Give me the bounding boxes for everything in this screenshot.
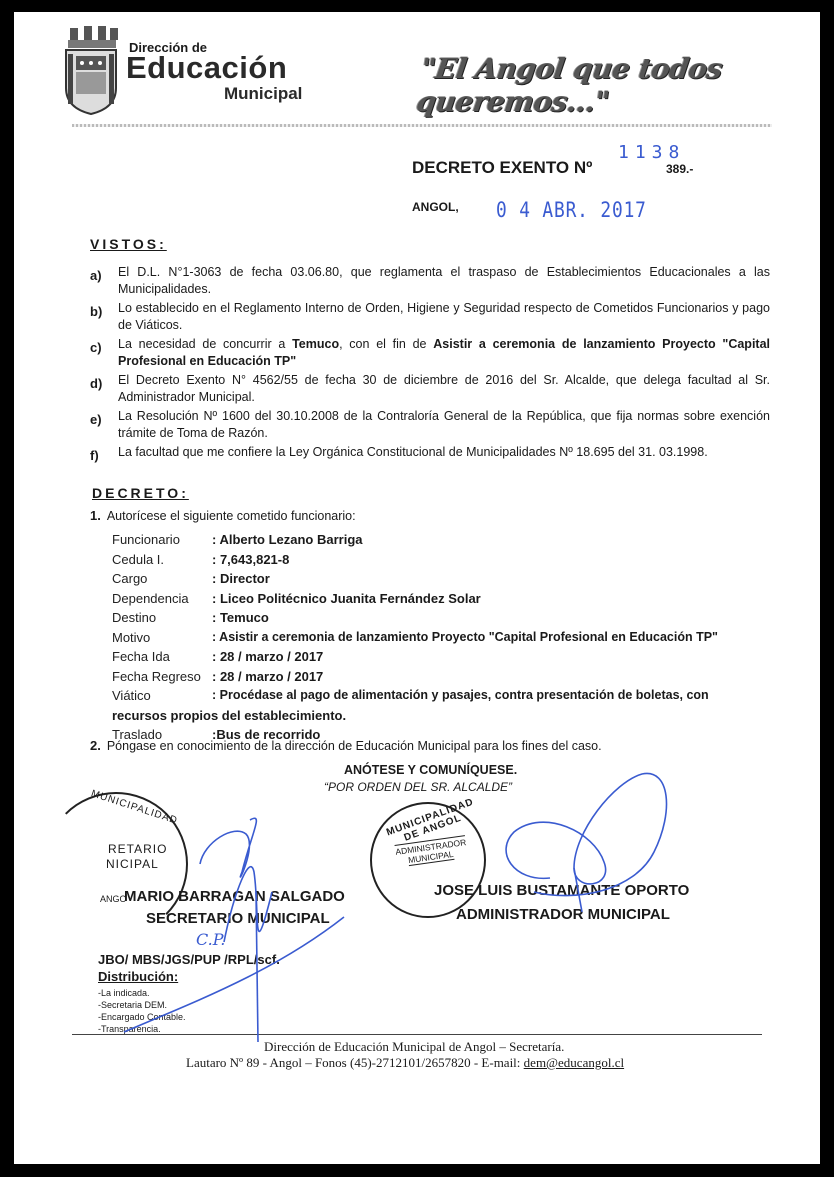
reference-initials: JBO/ MBS/JGS/PUP /RPL/scf. xyxy=(98,952,280,967)
field-row: Fecha Regreso: 28 / marzo / 2017 xyxy=(112,667,772,687)
decreto-item-2: 2.Póngase en conocimiento de la direcció… xyxy=(90,738,602,753)
field-row: Destino: Temuco xyxy=(112,608,772,628)
field-row: Viático: Procédase al pago de alimentaci… xyxy=(112,686,772,706)
decreto-item-1: 1.Autorícese el siguiente cometido funci… xyxy=(90,508,356,523)
item-marker: d) xyxy=(90,375,102,392)
vistos-heading: VISTOS: xyxy=(90,236,167,252)
item-marker: a) xyxy=(90,267,102,284)
item-text: La Resolución Nº 1600 del 30.10.2008 de … xyxy=(118,409,770,440)
vistos-item: d) El Decreto Exento N° 4562/55 de fecha… xyxy=(90,372,770,406)
decree-suffix: 389.- xyxy=(666,162,693,176)
commission-fields: Funcionario: Alberto Lezano Barriga Cedu… xyxy=(112,530,772,745)
field-row: Funcionario: Alberto Lezano Barriga xyxy=(112,530,772,550)
field-label: Fecha Ida xyxy=(112,647,212,667)
place-label: ANGOL, xyxy=(412,200,459,214)
item-text: El D.L. N°1-3063 de fecha 03.06.80, que … xyxy=(118,265,770,296)
item-text: El Decreto Exento N° 4562/55 de fecha 30… xyxy=(118,373,770,404)
decree-stamped-number: 1138 xyxy=(618,142,685,163)
distribution-item: -Encargado Contable. xyxy=(98,1011,186,1023)
footer-divider xyxy=(72,1034,762,1035)
field-row: Cargo: Director xyxy=(112,569,772,589)
slogan: "El Angol que todos queremos..." xyxy=(414,52,820,118)
vistos-item: c) La necesidad de concurrir a Temuco, c… xyxy=(90,336,770,370)
item-text: Lo establecido en el Reglamento Interno … xyxy=(118,301,770,332)
footer-address: Lautaro Nº 89 - Angol – Fonos (45)-27121… xyxy=(186,1055,524,1070)
field-label: Cedula I. xyxy=(112,550,212,570)
distribution-item: -Secretaria DEM. xyxy=(98,999,186,1011)
field-label: Dependencia xyxy=(112,589,212,609)
seal-text: ANGO xyxy=(100,894,127,904)
field-value: : Procédase al pago de alimentación y pa… xyxy=(212,686,709,706)
signatory-role: SECRETARIO MUNICIPAL xyxy=(146,910,330,927)
field-label: Destino xyxy=(112,608,212,628)
decree-title: DECRETO EXENTO Nº xyxy=(412,158,592,178)
field-value: : 28 / marzo / 2017 xyxy=(212,647,323,667)
field-label: Fecha Regreso xyxy=(112,667,212,687)
por-orden-line: “POR ORDEN DEL SR. ALCALDE” xyxy=(324,780,512,794)
field-value: : Alberto Lezano Barriga xyxy=(212,530,362,550)
item-text-bold: Temuco xyxy=(292,337,339,351)
brand-line-3: Municipal xyxy=(224,84,302,104)
field-row: Dependencia: Liceo Politécnico Juanita F… xyxy=(112,589,772,609)
field-value-continuation: recursos propios del establecimiento. xyxy=(112,706,772,726)
item-marker: e) xyxy=(90,411,102,428)
signatory-role: ADMINISTRADOR MUNICIPAL xyxy=(456,906,670,923)
field-row: Fecha Ida: 28 / marzo / 2017 xyxy=(112,647,772,667)
field-label: Funcionario xyxy=(112,530,212,550)
seal-text: RETARIO xyxy=(108,842,167,856)
vistos-item: e) La Resolución Nº 1600 del 30.10.2008 … xyxy=(90,408,770,442)
item-text: Autorícese el siguiente cometido funcion… xyxy=(107,509,356,523)
distribution-list: -La indicada. -Secretaria DEM. -Encargad… xyxy=(98,987,186,1035)
field-value: : 28 / marzo / 2017 xyxy=(212,667,323,687)
document-page: Dirección de Educación Municipal "El Ang… xyxy=(14,12,820,1164)
header-divider xyxy=(72,124,772,127)
signatory-name: MARIO BARRAGAN SALGADO xyxy=(124,888,345,905)
field-label: Cargo xyxy=(112,569,212,589)
item-marker: 1. xyxy=(90,508,101,523)
item-text: Póngase en conocimiento de la dirección … xyxy=(107,739,602,753)
field-value: : Director xyxy=(212,569,270,589)
field-label: Viático xyxy=(112,686,212,706)
item-marker: c) xyxy=(90,339,102,356)
item-text: , con el fin de xyxy=(339,337,433,351)
field-value: : 7,643,821-8 xyxy=(212,550,289,570)
vistos-item: b) Lo establecido en el Reglamento Inter… xyxy=(90,300,770,334)
item-marker: f) xyxy=(90,447,99,464)
footer-line-2: Lautaro Nº 89 - Angol – Fonos (45)-27121… xyxy=(186,1055,624,1071)
anotese-line: ANÓTESE Y COMUNÍQUESE. xyxy=(344,763,517,777)
item-text: La necesidad de concurrir a xyxy=(118,337,292,351)
vistos-item: f) La facultad que me confiere la Ley Or… xyxy=(90,444,770,461)
field-label: Motivo xyxy=(112,628,212,648)
seal-text: NICIPAL xyxy=(106,857,159,871)
field-value: : Asistir a ceremonia de lanzamiento Pro… xyxy=(212,628,718,648)
item-marker: 2. xyxy=(90,738,101,753)
distribution-heading: Distribución: xyxy=(98,969,178,984)
vistos-item: a) El D.L. N°1-3063 de fecha 03.06.80, q… xyxy=(90,264,770,298)
field-value: : Temuco xyxy=(212,608,269,628)
footer-line-1: Dirección de Educación Municipal de Ango… xyxy=(264,1039,564,1055)
item-marker: b) xyxy=(90,303,102,320)
stamped-date: 0 4 ABR. 2017 xyxy=(496,198,647,222)
distribution-item: -La indicada. xyxy=(98,987,186,999)
decreto-heading: DECRETO: xyxy=(92,485,189,501)
field-value: : Liceo Politécnico Juanita Fernández So… xyxy=(212,589,481,609)
vistos-list: a) El D.L. N°1-3063 de fecha 03.06.80, q… xyxy=(90,264,770,463)
signatory-name: JOSE LUIS BUSTAMANTE OPORTO xyxy=(434,882,689,899)
brand-line-2: Educación xyxy=(126,50,287,86)
field-row: Motivo: Asistir a ceremonia de lanzamien… xyxy=(112,628,772,648)
footer-email-link[interactable]: dem@educangol.cl xyxy=(524,1055,624,1070)
field-row: Cedula I.: 7,643,821-8 xyxy=(112,550,772,570)
item-text: La facultad que me confiere la Ley Orgán… xyxy=(118,445,708,459)
municipal-crest-icon xyxy=(62,24,120,116)
handwritten-initials: C.P. xyxy=(196,930,225,949)
